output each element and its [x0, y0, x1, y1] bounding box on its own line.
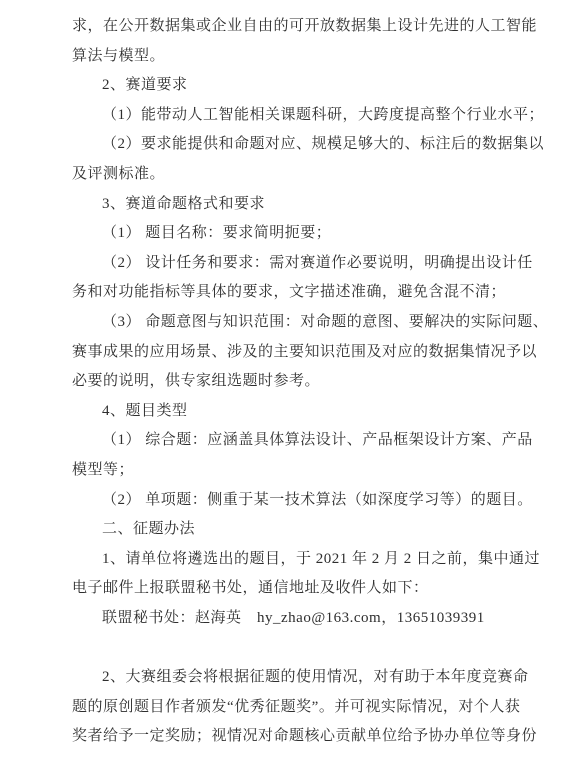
heading-format-requirements: 3、赛道命题格式和要求	[72, 190, 572, 220]
doc-line: 赛事成果的应用场景、涉及的主要知识范围及对应的数据集情况予以	[72, 338, 572, 368]
doc-line: 奖者给予一定奖励；视情况对命题核心贡献单位给予协办单位等身份	[72, 722, 572, 752]
doc-line: 必要的说明，供专家组选题时参考。	[72, 367, 572, 397]
doc-line: （2）要求能提供和命题对应、规模足够大的、标注后的数据集以	[72, 130, 572, 160]
doc-line: （1） 题目名称：要求简明扼要；	[72, 219, 572, 249]
heading-solicitation-method: 二、征题办法	[72, 515, 572, 545]
heading-question-types: 4、题目类型	[72, 397, 572, 427]
doc-line: 算法与模型。	[72, 42, 572, 72]
contact-line: 联盟秘书处：赵海英 hy_zhao@163.com，13651039391	[72, 604, 572, 634]
heading-track-requirements: 2、赛道要求	[72, 71, 572, 101]
blank-line	[72, 633, 572, 663]
doc-line: （1）能带动人工智能相关课题科研，大跨度提高整个行业水平；	[72, 101, 572, 131]
document-page: 求，在公开数据集或企业自由的可开放数据集上设计先进的人工智能 算法与模型。 2、…	[0, 0, 581, 762]
doc-line: （1） 综合题：应涵盖具体算法设计、产品框架设计方案、产品	[72, 426, 572, 456]
doc-line: 求，在公开数据集或企业自由的可开放数据集上设计先进的人工智能	[72, 12, 572, 42]
document-body: 求，在公开数据集或企业自由的可开放数据集上设计先进的人工智能 算法与模型。 2、…	[72, 12, 572, 752]
doc-line: （2） 设计任务和要求：需对赛道作必要说明，明确提出设计任	[72, 249, 572, 279]
doc-line: （2） 单项题：侧重于某一技术算法（如深度学习等）的题目。	[72, 486, 572, 516]
doc-line: 2、大赛组委会将根据征题的使用情况，对有助于本年度竞赛命	[72, 663, 572, 693]
doc-line: （3） 命题意图与知识范围：对命题的意图、要解决的实际问题、	[72, 308, 572, 338]
doc-line: 题的原创题目作者颁发“优秀征题奖”。并可视实际情况，对个人获	[72, 693, 572, 723]
doc-line: 及评测标准。	[72, 160, 572, 190]
doc-line: 1、请单位将遴选出的题目，于 2021 年 2 月 2 日之前，集中通过	[72, 545, 572, 575]
doc-line: 电子邮件上报联盟秘书处，通信地址及收件人如下：	[72, 574, 572, 604]
doc-line: 务和对功能指标等具体的要求，文字描述准确，避免含混不清；	[72, 278, 572, 308]
doc-line: 模型等；	[72, 456, 572, 486]
